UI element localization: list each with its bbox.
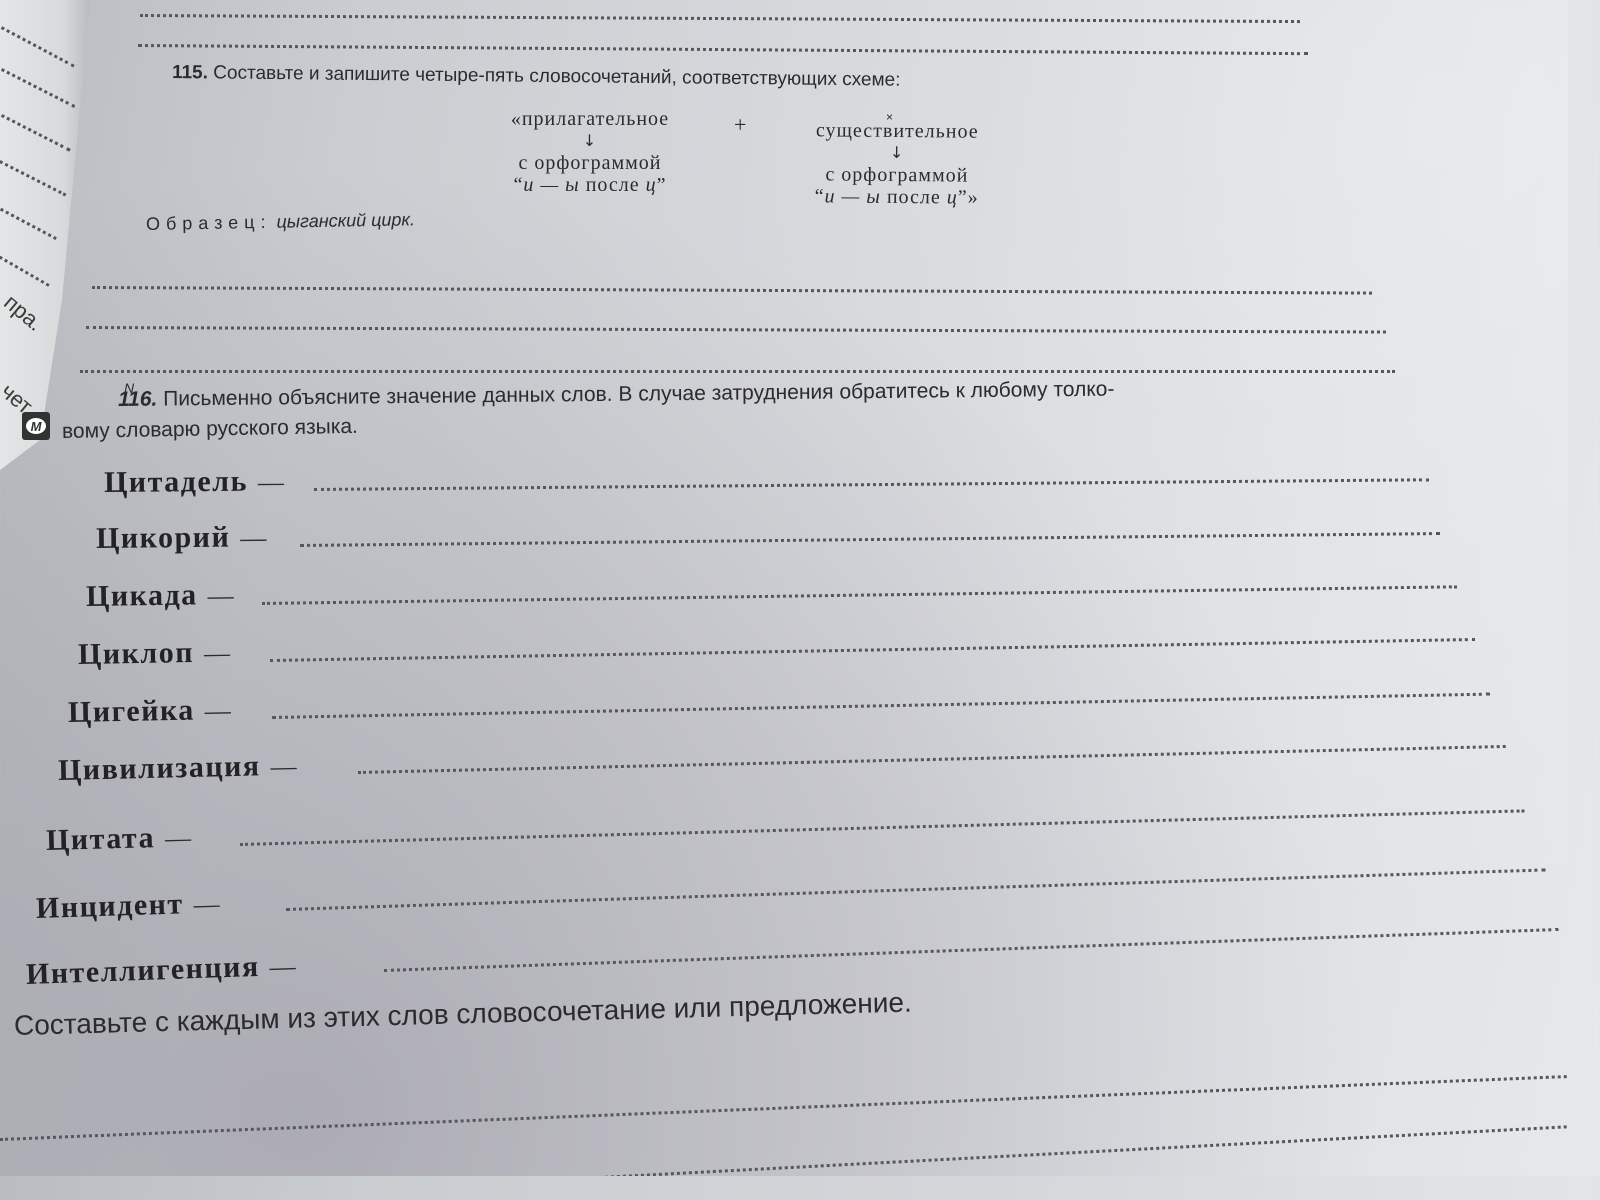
answer-line[interactable]	[384, 928, 1558, 972]
answer-line[interactable]	[80, 370, 1395, 373]
exercise-116-instruction-line2: вому словарю русского языка.	[62, 415, 358, 444]
word-row: Инцидент—	[35, 886, 220, 926]
answer-line[interactable]	[272, 693, 1490, 719]
answer-line[interactable]	[0, 1075, 1567, 1141]
workbook-page: 115. Составьте и запишите четыре-пять сл…	[0, 0, 1568, 1176]
answer-line[interactable]	[286, 869, 1545, 912]
word-row: Цитадель—	[104, 464, 284, 500]
vocabulary-word: Цигейка	[68, 694, 195, 729]
answer-line[interactable]	[92, 286, 1372, 295]
plus-sign: +	[734, 112, 746, 138]
answer-line[interactable]	[138, 44, 1308, 55]
word-row: Цикорий—	[96, 520, 267, 556]
dash: —	[204, 638, 231, 667]
answer-line[interactable]	[600, 1125, 1567, 1176]
vocabulary-word: Цикада	[86, 578, 198, 613]
word-row: Интеллигенция—	[25, 949, 296, 992]
exercise-mark: N	[124, 380, 134, 396]
dash: —	[269, 952, 296, 982]
sample: Образец: цыганский цирк.	[146, 209, 415, 235]
dash: —	[240, 523, 266, 552]
exercise-instruction: Составьте и запишите четыре-пять словосо…	[213, 62, 900, 90]
answer-line[interactable]	[86, 326, 1386, 334]
vocabulary-word: Цитадель	[104, 465, 248, 499]
answer-line[interactable]	[262, 585, 1457, 605]
vocabulary-word: Цитата	[46, 821, 156, 857]
dash: —	[270, 752, 297, 782]
exercise-115-title: 115. Составьте и запишите четыре-пять сл…	[172, 62, 901, 92]
scheme-noun: существительное ↓ с орфограммой “и — ы п…	[782, 119, 1013, 209]
vocabulary-word: Инцидент	[35, 887, 184, 925]
answer-line[interactable]	[270, 638, 1475, 662]
word-row: Цивилизация—	[58, 749, 297, 788]
vocabulary-word: Цикорий	[96, 521, 231, 555]
arrow-down-icon: ↓	[782, 141, 1012, 165]
arrow-down-icon: ↓	[470, 130, 710, 152]
answer-line[interactable]	[314, 478, 1429, 491]
dash: —	[193, 889, 220, 919]
followup-task: Составьте с каждым из этих слов словосоч…	[14, 986, 913, 1041]
exercise-116-title: 116. Письменно объясните значение данных…	[118, 378, 1115, 412]
answer-line[interactable]	[240, 809, 1525, 846]
dash: —	[165, 823, 192, 853]
answer-line[interactable]	[300, 532, 1440, 547]
word-row: Циклоп—	[78, 635, 231, 672]
vocabulary-word: Циклоп	[78, 636, 195, 671]
word-row: Цитата—	[46, 820, 192, 858]
exercise-instruction: Письменно объясните значение данных слов…	[163, 378, 1114, 411]
word-row: Цикада—	[86, 578, 234, 614]
answer-line[interactable]	[358, 745, 1506, 774]
word-row: Цигейка—	[68, 693, 231, 730]
vocabulary-word: Цивилизация	[58, 749, 261, 787]
dash: —	[204, 696, 231, 725]
dash: —	[258, 467, 284, 496]
answer-line[interactable]	[140, 14, 1300, 23]
dash: —	[207, 581, 233, 610]
sample-value: цыганский цирк.	[276, 209, 415, 231]
sample-label: Образец:	[146, 212, 272, 234]
vocabulary-word: Интеллигенция	[25, 950, 260, 991]
scheme-adjective: «прилагательное ↓ с орфограммой “и — ы п…	[470, 108, 710, 196]
exercise-number: 115.	[172, 62, 208, 83]
